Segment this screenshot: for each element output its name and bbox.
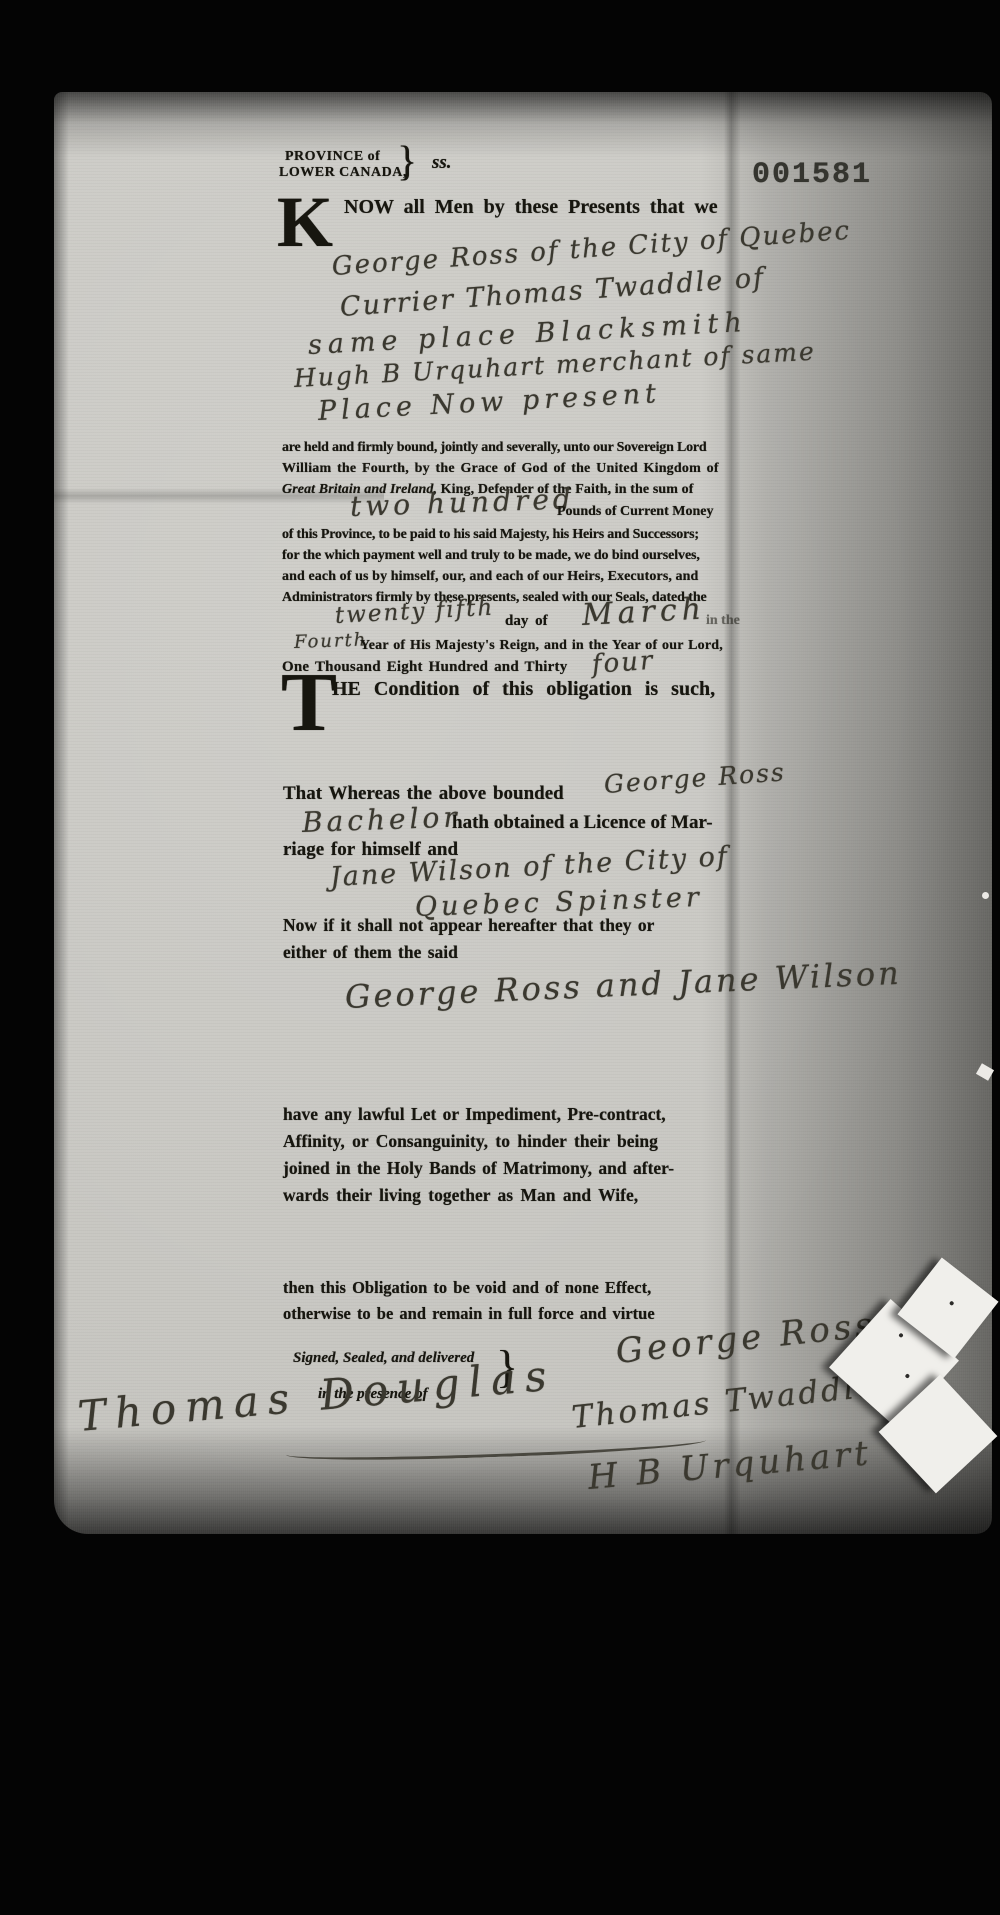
closing-line-1: then this Obligation to be void and of n… xyxy=(283,1278,651,1298)
impediment-line-3: joined in the Holy Bands of Matrimony, a… xyxy=(283,1158,674,1179)
whereas-line-5: either of them the said xyxy=(283,942,458,963)
bond-line-6: for the which payment well and truly to … xyxy=(282,548,700,564)
groom-status-handwritten: Bachelor xyxy=(301,800,461,839)
whereas-line-4: Now if it shall not appear hereafter tha… xyxy=(283,915,654,936)
impediment-line-2: Affinity, or Consanguinity, to hinder th… xyxy=(283,1131,658,1152)
condition-line: HE Condition of this obligation is such, xyxy=(332,678,715,701)
day-of-label: day of xyxy=(505,613,548,630)
impediment-line-4: wards their living together as Man and W… xyxy=(283,1185,638,1206)
bond-line-7: and each of us by himself, our, and each… xyxy=(282,569,698,585)
seal-dot xyxy=(898,1332,904,1338)
whereas-line-2: hath obtained a Licence of Mar- xyxy=(452,812,713,834)
header-brace: } xyxy=(397,138,417,186)
paper-speck xyxy=(982,892,989,899)
bond-line-4: Pounds of Current Money xyxy=(557,504,713,520)
scan-background: PROVINCE of LOWER CANADA, } ss. 001581 K… xyxy=(0,0,1000,1915)
opening-line: NOW all Men by these Presents that we xyxy=(344,196,718,219)
closing-line-2: otherwise to be and remain in full force… xyxy=(283,1304,655,1324)
month-handwritten: March xyxy=(581,592,707,633)
bond-line-2: William the Fourth, by the Grace of God … xyxy=(282,461,719,477)
condition-dropcap: T xyxy=(281,670,337,736)
opening-dropcap: K xyxy=(277,194,333,250)
bond-line-9: Year of His Majesty's Reign, and in the … xyxy=(360,638,723,654)
bond-line-1: are held and firmly bound, jointly and s… xyxy=(282,440,707,456)
seal-dot xyxy=(905,1373,911,1379)
bond-line-5: of this Province, to be paid to his said… xyxy=(282,527,699,543)
province-label-line1: PROVINCE of xyxy=(285,149,380,165)
ss-abbreviation: ss. xyxy=(432,152,452,174)
impediment-line-1: have any lawful Let or Impediment, Pre-c… xyxy=(283,1104,666,1125)
province-label-line2: LOWER CANADA, xyxy=(279,165,407,181)
in-the-label: in the xyxy=(706,613,740,629)
regnal-year-handwritten: Fourth xyxy=(294,629,368,653)
serial-number: 001581 xyxy=(752,158,872,192)
seal-dot xyxy=(949,1300,955,1306)
year-handwritten: four xyxy=(591,646,655,680)
